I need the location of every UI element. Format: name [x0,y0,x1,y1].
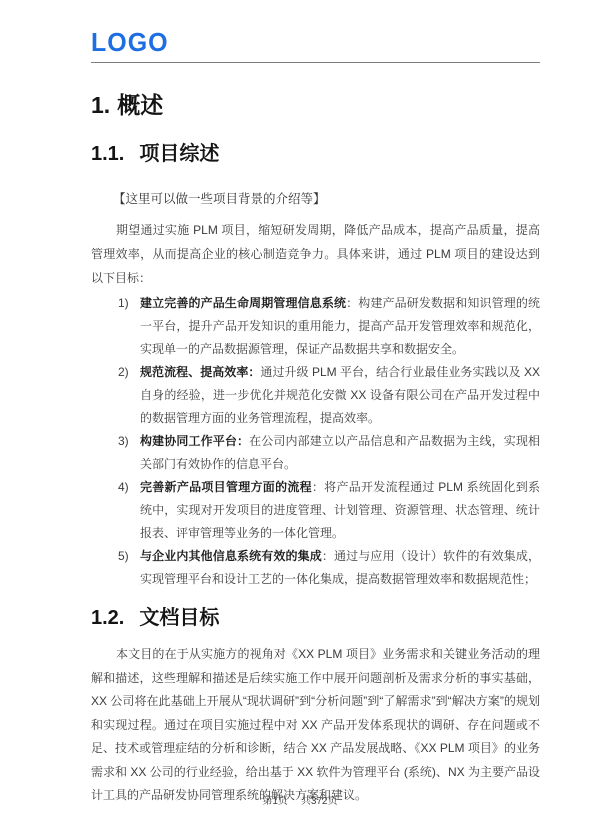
goal-item: 3)构建协同工作平台：在公司内部建立以产品信息和产品数据为主线，实现相关部门有效… [91,430,540,476]
heading-overview-text: 概述 [117,91,163,119]
background-placeholder-note: 【这里可以做一些项目背景的介绍等】 [91,191,540,208]
doc-goal-paragraph: 本文目的在于从实施方的视角对《XX PLM 项目》业务需求和关键业务活动的理解和… [91,643,540,808]
goal-lead: 完善新产品项目管理方面的流程 [140,480,312,494]
goal-number: 5) [118,545,129,568]
heading-project-summary-text: 项目综述 [139,141,219,167]
intro-paragraph: 期望通过实施 PLM 项目，缩短研发周期，降低产品成本，提高产品质量，提高管理效… [91,218,540,290]
goal-item: 5)与企业内其他信息系统有效的集成：通过与应用（设计）软件的有效集成，实现管理平… [91,545,540,591]
goal-lead: 建立完善的产品生命周期管理信息系统 [140,296,346,310]
page-footer: 第1页 共372页 [0,792,600,807]
heading-doc-goal-text: 文档目标 [139,605,219,631]
goal-item: 2)规范流程、提高效率：通过升级 PLM 平台，结合行业最佳业务实践以及 XX … [91,361,540,430]
goal-list: 1)建立完善的产品生命周期管理信息系统：构建产品研发数据和知识管理的统一平台，提… [91,292,540,591]
heading-doc-goal-number: 1.2. [91,605,124,631]
page-header: LOGO [91,0,540,63]
heading-doc-goal: 1.2. 文档目标 [91,605,540,631]
page-total: 共372页 [301,792,338,807]
goal-number: 2) [118,361,129,384]
heading-project-summary-number: 1.1. [91,141,124,167]
heading-overview: 1. 概述 [91,91,540,119]
goal-item: 4)完善新产品项目管理方面的流程：将产品开发流程通过 PLM 系统固化到系统中，… [91,476,540,545]
goal-lead: 规范流程、提高效率： [140,365,260,379]
goal-lead: 与企业内其他信息系统有效的集成 [140,549,322,563]
heading-project-summary: 1.1. 项目综述 [91,141,540,167]
goal-number: 3) [118,430,129,453]
header-divider [91,62,540,63]
goal-item: 1)建立完善的产品生命周期管理信息系统：构建产品研发数据和知识管理的统一平台，提… [91,292,540,361]
document-page: LOGO 1. 概述 1.1. 项目综述 【这里可以做一些项目背景的介绍等】 期… [0,0,600,829]
goal-number: 1) [118,292,129,315]
goal-lead: 构建协同工作平台： [140,434,249,448]
goal-number: 4) [118,476,129,499]
page-number: 第1页 [262,792,288,807]
logo: LOGO [91,29,540,56]
heading-overview-number: 1. [91,91,110,119]
